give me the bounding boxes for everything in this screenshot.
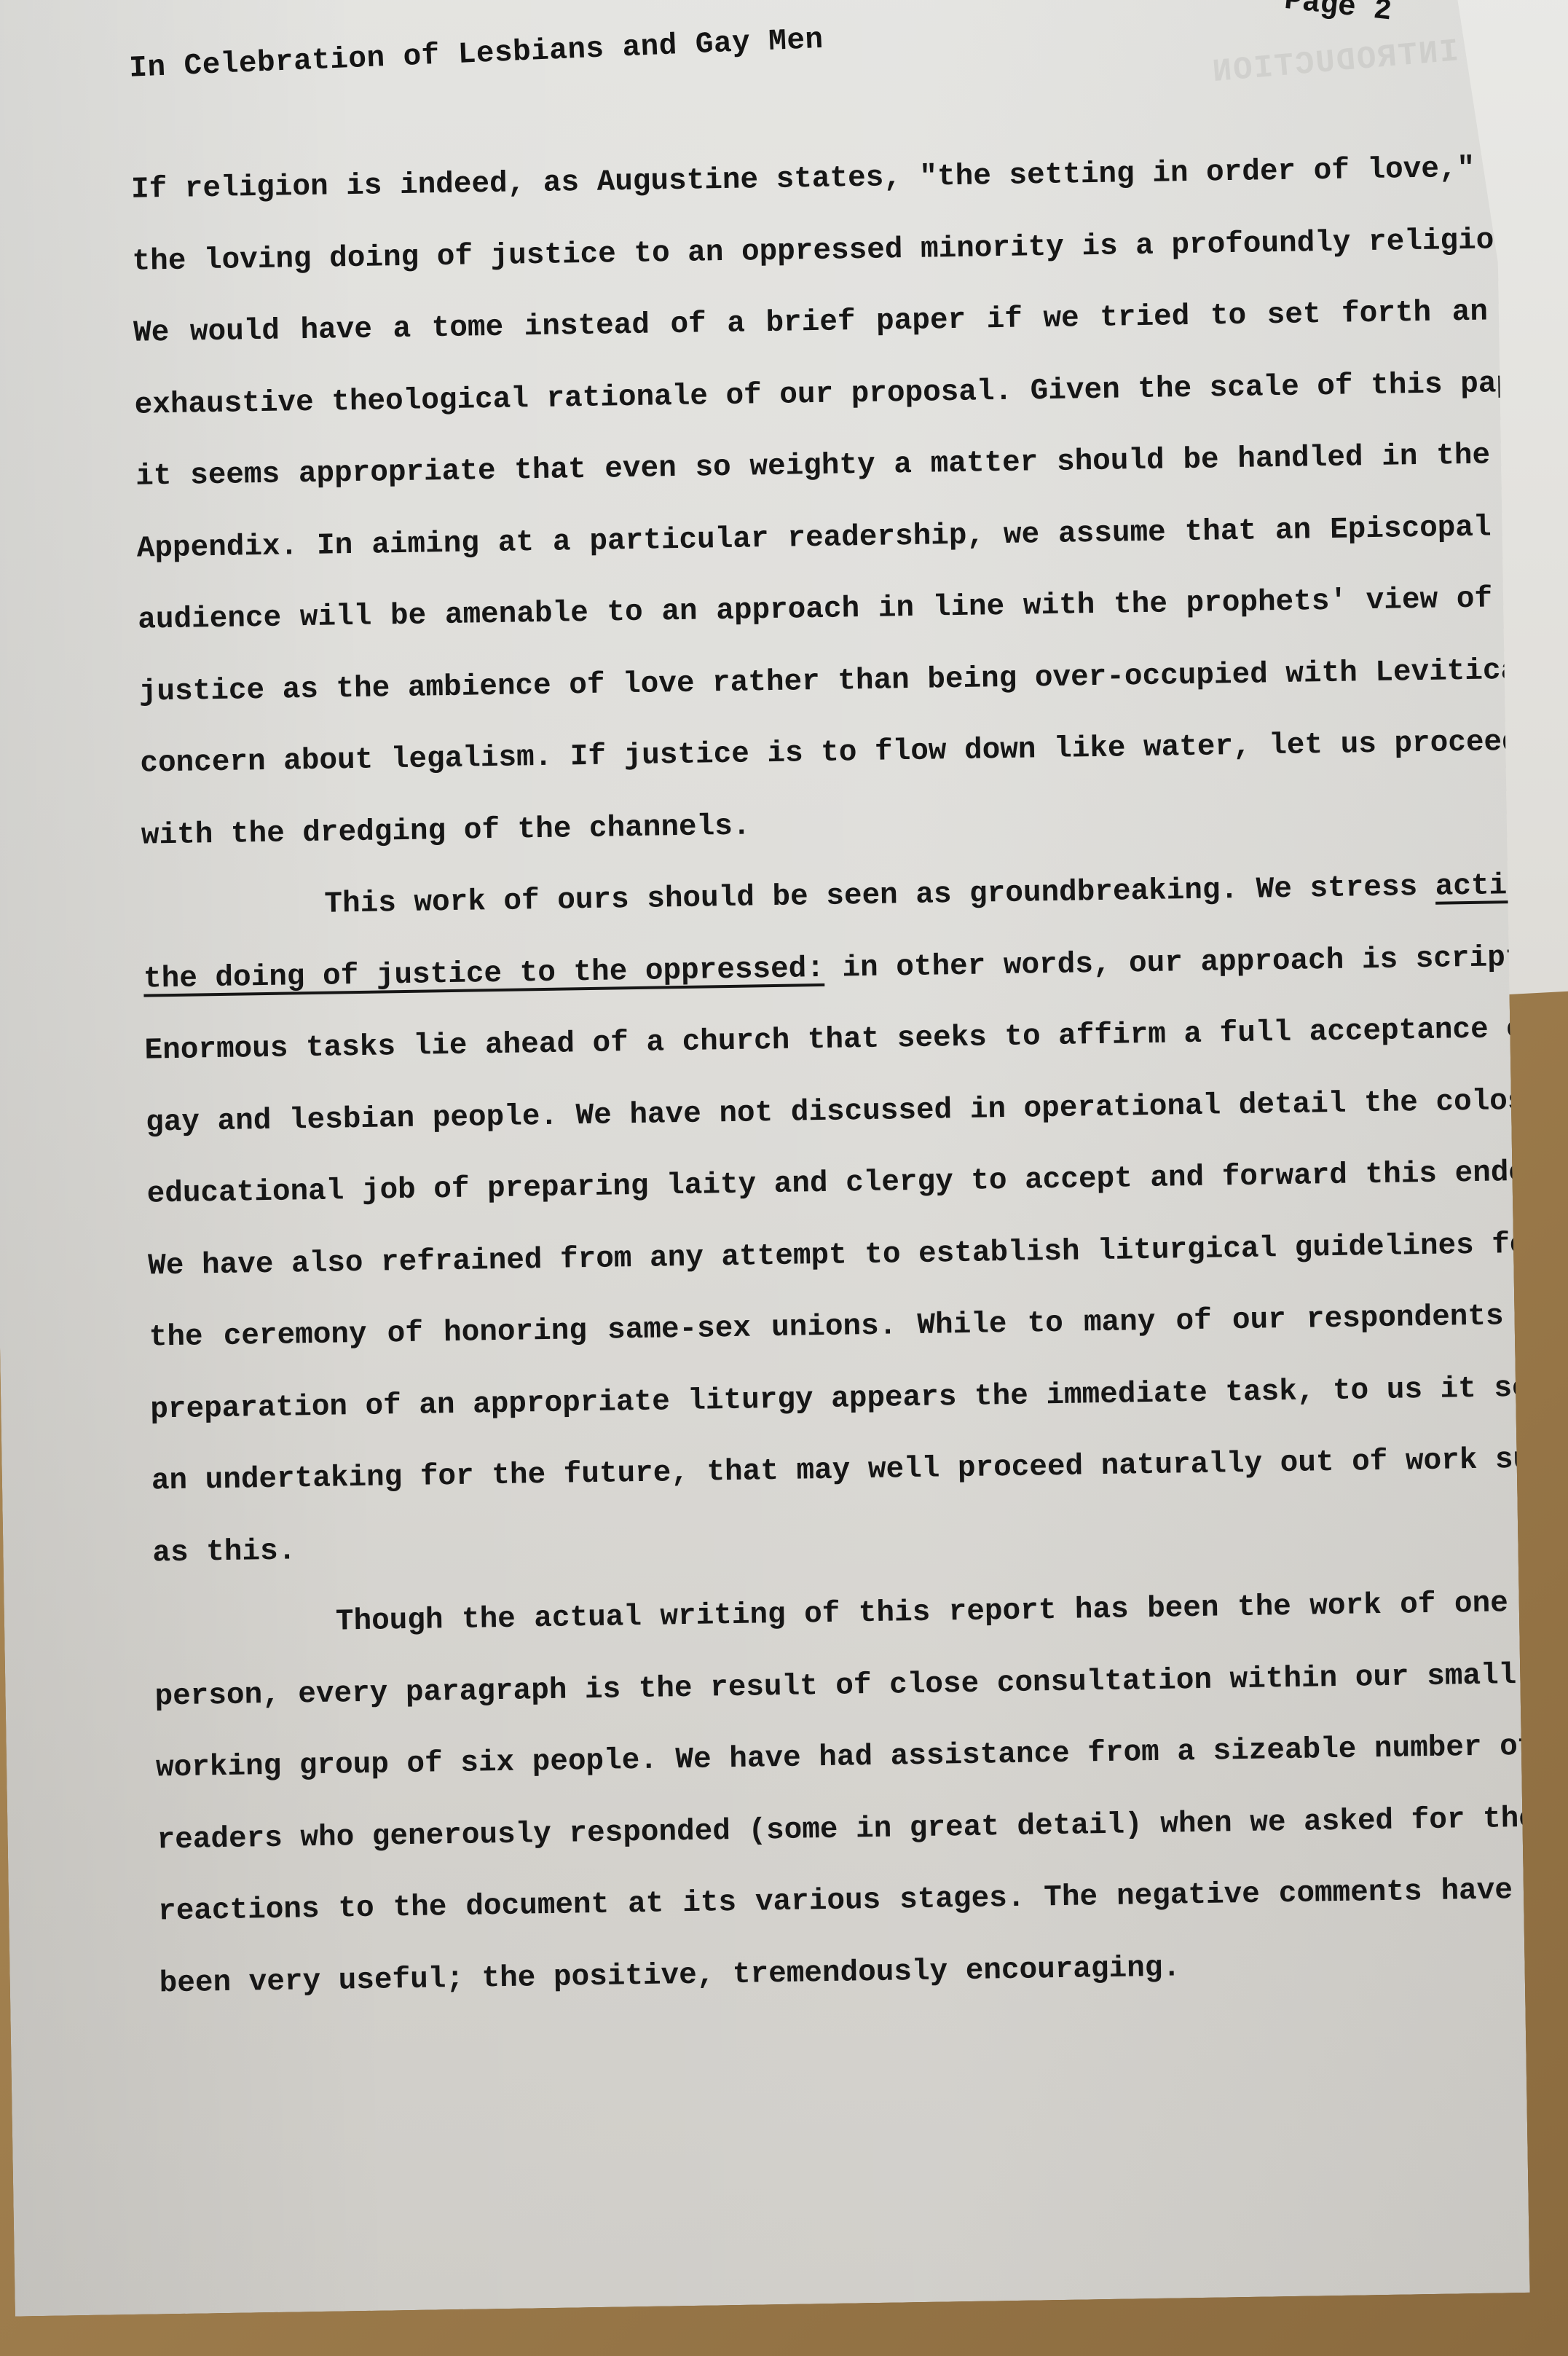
page-header: In Celebration of Lesbians and Gay Men P… bbox=[129, 31, 1444, 110]
line-text: reactions to the document at its various… bbox=[158, 1874, 1513, 1928]
line-text: as this. bbox=[152, 1534, 296, 1570]
line-text: it seems appropriate that even so weight… bbox=[135, 439, 1490, 493]
line-text: with the dredging of the channels. bbox=[141, 809, 751, 852]
line-text: If religion is indeed, as Augustine stat… bbox=[131, 151, 1565, 207]
paragraph: If religion is indeed, as Augustine stat… bbox=[130, 133, 1496, 872]
line-text: justice as the ambience of love rather t… bbox=[139, 653, 1537, 709]
line-text: This work of ours should be seen as grou… bbox=[324, 871, 1435, 922]
paragraph: Though the actual writing of this report… bbox=[153, 1568, 1514, 2019]
line-text: the loving doing of justice to an oppres… bbox=[132, 221, 1568, 278]
line-text: Enormous tasks lie ahead of a church tha… bbox=[144, 1012, 1543, 1067]
line-text: We would have a tome instead of a brief … bbox=[133, 296, 1488, 350]
line-text: an undertaking for the future, that may … bbox=[151, 1442, 1567, 1499]
line-text: readers who generously responded (some i… bbox=[157, 1801, 1568, 1857]
line-text: the ceremony of honoring same-sex unions… bbox=[149, 1300, 1503, 1354]
body-text: If religion is indeed, as Augustine stat… bbox=[130, 133, 1514, 2020]
line-text: We have also refrained from any attempt … bbox=[148, 1228, 1546, 1283]
line-text: been very useful; the positive, tremendo… bbox=[159, 1951, 1181, 2000]
line-text: working group of six people. We have had… bbox=[156, 1730, 1536, 1786]
line-text: Appendix. In aiming at a particular read… bbox=[136, 511, 1491, 565]
paragraph: This work of ours should be seen as grou… bbox=[142, 850, 1508, 1589]
line-text: gay and lesbian people. We have not disc… bbox=[146, 1083, 1568, 1139]
photo-scene: INTRODUCTION In Celebration of Lesbians … bbox=[0, 0, 1568, 2356]
line-text: preparation of an appropriate liturgy ap… bbox=[150, 1370, 1568, 1426]
page-number: Page 2 bbox=[1283, 0, 1394, 28]
underlined-phrase: the doing of justice to the oppressed: bbox=[143, 951, 825, 996]
line-text: audience will be amenable to an approach… bbox=[138, 582, 1492, 637]
line-text: person, every paragraph is the result of… bbox=[154, 1659, 1516, 1713]
document-page: INTRODUCTION In Celebration of Lesbians … bbox=[0, 0, 1530, 2317]
line-text: in other words, our approach is scriptur… bbox=[824, 939, 1568, 985]
running-title: In Celebration of Lesbians and Gay Men bbox=[128, 23, 824, 86]
line-text: exhaustive theological rationale of our … bbox=[134, 366, 1568, 422]
line-text: concern about legalism. If justice is to… bbox=[140, 726, 1520, 781]
line-text: educational job of preparing laity and c… bbox=[146, 1155, 1568, 1212]
line-text: Though the actual writing of this report… bbox=[336, 1587, 1509, 1638]
